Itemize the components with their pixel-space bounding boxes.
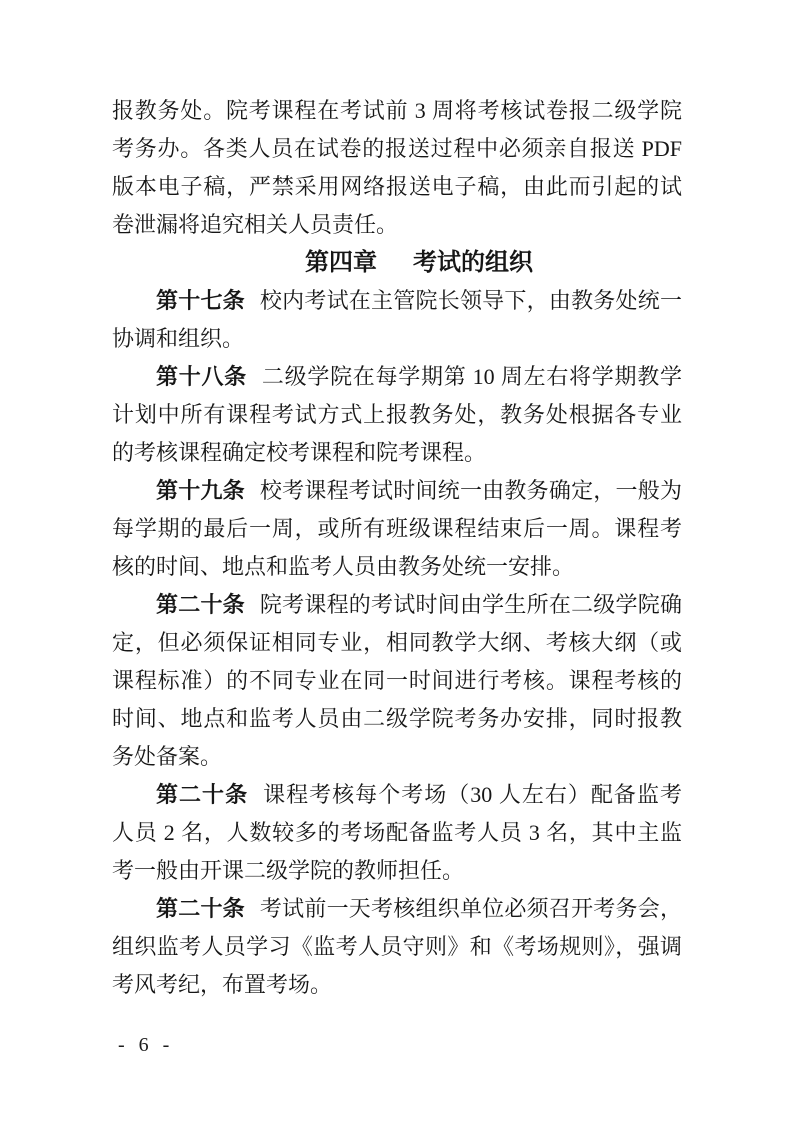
article-paragraph: 第二十条考试前一天考核组织单位必须召开考务会，组织监考人员学习《监考人员守则》和… — [112, 890, 682, 1004]
chapter-number: 第四章 — [305, 249, 377, 276]
article-number: 第二十条 — [156, 896, 245, 921]
document-body: 报教务处。院考课程在考试前 3 周将考核试卷报二级学院考务办。各类人员在试卷的报… — [112, 92, 682, 1004]
article-paragraph: 第二十条课程考核每个考场（30 人左右）配备监考人员 2 名，人数较多的考场配备… — [112, 776, 682, 890]
article-paragraph: 第十九条校考课程考试时间统一由教务确定，一般为每学期的最后一周，或所有班级课程结… — [112, 472, 682, 586]
article-text: 院考课程的考试时间由学生所在二级学院确定，但必须保证相同专业，相同教学大纲、考核… — [112, 592, 682, 769]
article-number: 第二十条 — [156, 592, 245, 617]
paragraph-continuation: 报教务处。院考课程在考试前 3 周将考核试卷报二级学院考务办。各类人员在试卷的报… — [112, 92, 682, 244]
document-page: 报教务处。院考课程在考试前 3 周将考核试卷报二级学院考务办。各类人员在试卷的报… — [0, 0, 793, 1122]
article-paragraph: 第十七条校内考试在主管院长领导下，由教务处统一协调和组织。 — [112, 282, 682, 358]
page-number: - 6 - — [118, 1031, 172, 1059]
article-paragraph: 第十八条二级学院在每学期第 10 周左右将学期教学计划中所有课程考试方式上报教务… — [112, 358, 682, 472]
article-number: 第十九条 — [156, 478, 245, 503]
article-paragraph: 第二十条院考课程的考试时间由学生所在二级学院确定，但必须保证相同专业，相同教学大… — [112, 586, 682, 776]
article-number: 第二十条 — [156, 782, 248, 807]
article-number: 第十八条 — [156, 364, 247, 389]
chapter-heading: 第四章考试的组织 — [112, 244, 682, 282]
chapter-title: 考试的组织 — [413, 249, 533, 276]
article-number: 第十七条 — [156, 288, 245, 313]
